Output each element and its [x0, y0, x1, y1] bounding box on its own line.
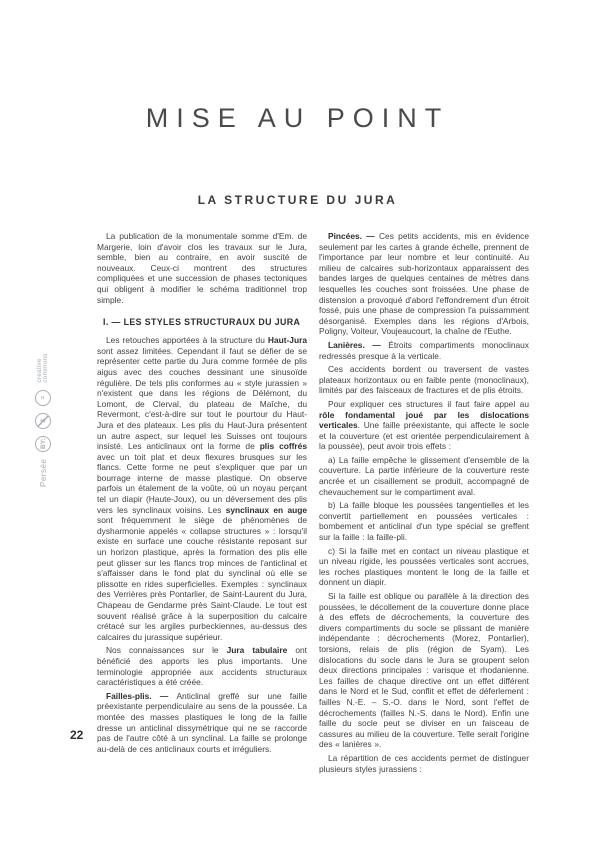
paragraph: Lanières. — Étroits compartiments monocl…: [319, 340, 529, 361]
paragraph: La répartition de ces accidents permet d…: [319, 753, 529, 774]
left-column: La publication de la monumentale somme d…: [97, 231, 307, 777]
section-heading: I. — LES STYLES STRUCTURAUX DU JURA: [97, 317, 307, 327]
publisher-logo: Persée: [39, 459, 48, 487]
page-title: MISE AU POINT: [0, 103, 595, 134]
paragraph: b) La faille bloque les poussées tangent…: [319, 500, 529, 542]
paragraph: Pour expliquer ces structures il faut fa…: [319, 399, 529, 452]
paragraph: Nos connaissances sur le Jura tabulaire …: [97, 645, 307, 687]
page-number: 22: [70, 728, 83, 742]
scanned-journal-page: Persée BY: $ = creative commons MISE AU …: [0, 0, 595, 842]
cc-nd-icon: =: [35, 390, 51, 406]
cc-nc-icon: $: [35, 413, 51, 429]
right-column: Pincées. — Ces petits accidents, mis en …: [319, 231, 529, 777]
paragraph: c) Si la faille met en contact un niveau…: [319, 546, 529, 588]
paragraph: Les retouches apportées à la structure d…: [97, 335, 307, 642]
paragraph: a) La faille empêche le glissement d'ens…: [319, 455, 529, 497]
article-title: LA STRUCTURE DU JURA: [0, 193, 595, 207]
paragraph: La publication de la monumentale somme d…: [97, 231, 307, 305]
paragraph: Ces accidents bordent ou traversent de v…: [319, 364, 529, 396]
cc-by-icon: BY:: [35, 436, 51, 452]
cc-license-watermark: Persée BY: $ = creative commons: [28, 339, 58, 487]
article-body: La publication de la monumentale somme d…: [97, 231, 530, 777]
cc-label: creative commons: [37, 353, 50, 382]
paragraph: Si la faille est oblique ou parallèle à …: [319, 591, 529, 750]
paragraph: Pincées. — Ces petits accidents, mis en …: [319, 231, 529, 337]
paragraph: Failles-plis. — Anticlinal greffé sur un…: [97, 691, 307, 755]
